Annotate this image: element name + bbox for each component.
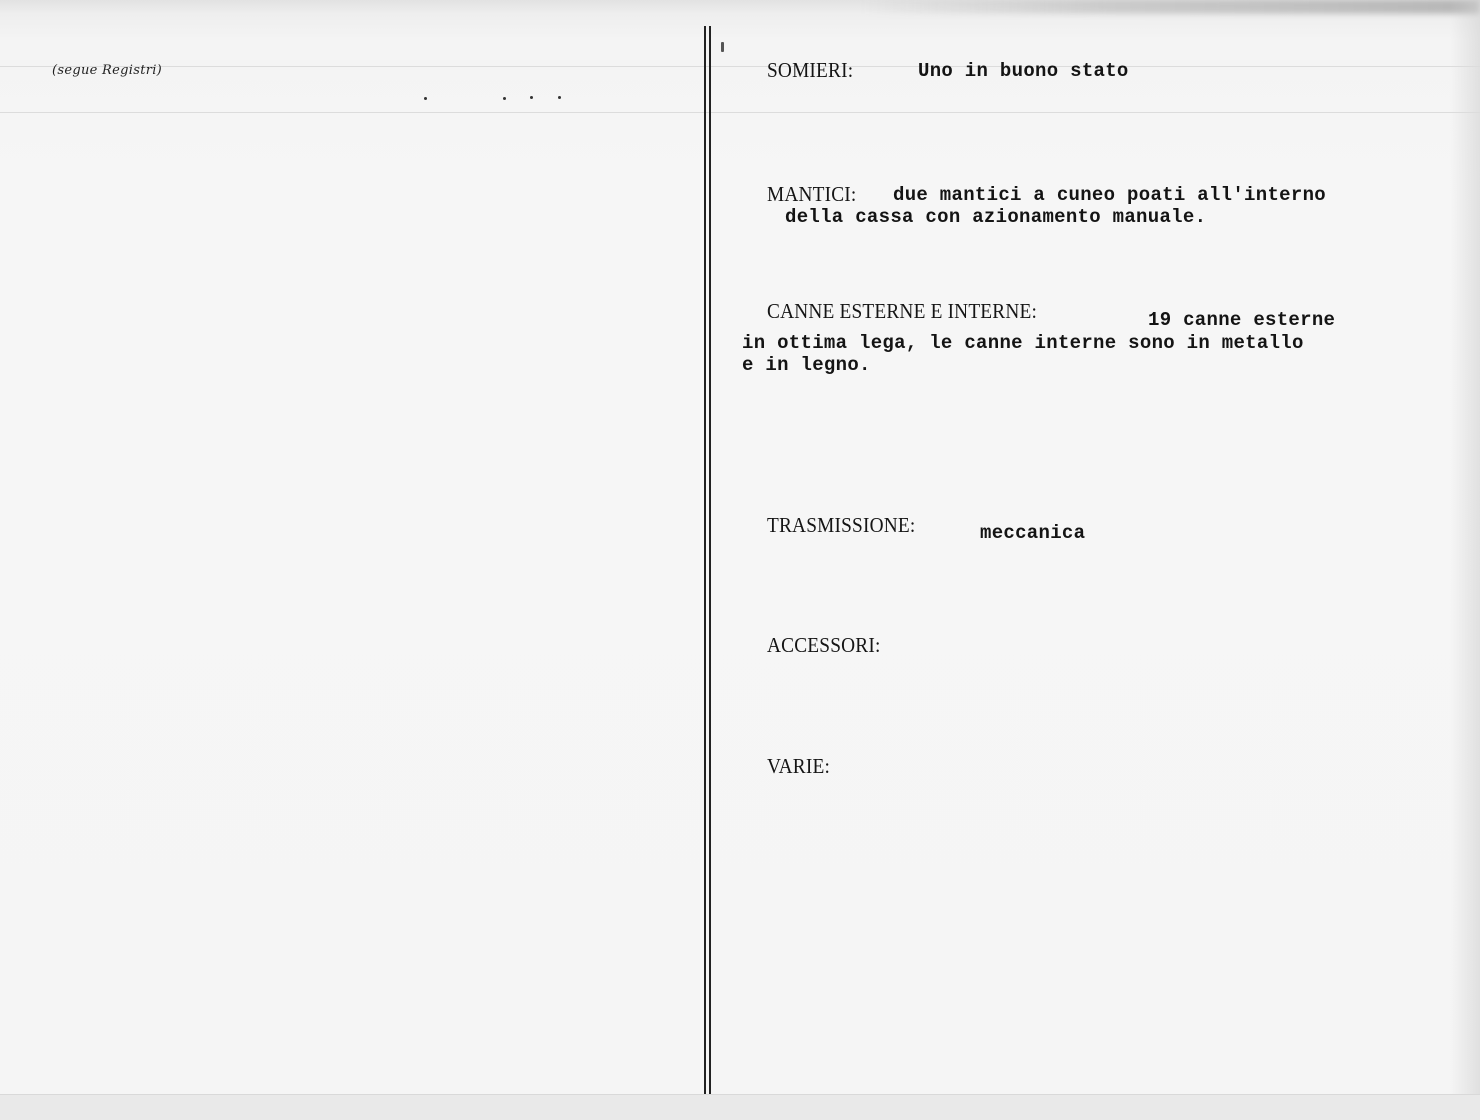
show-through-rule — [0, 112, 1480, 113]
scanned-document-spread: (segue Registri) SOMIERI: Uno in buono s… — [0, 0, 1480, 1094]
page-curl-shadow — [860, 0, 1480, 14]
mantici-text-line-2: della cassa con azionamento manuale. — [785, 206, 1206, 228]
canne-text-line-1: 19 canne esterne — [1148, 309, 1335, 331]
mantici-text-line-1: due mantici a cuneo poati all'interno — [893, 184, 1326, 206]
continuation-note: (segue Registri) — [52, 63, 162, 78]
show-through-rule — [0, 66, 1480, 67]
canne-text-line-2: in ottima lega, le canne interne sono in… — [742, 332, 1304, 354]
page-edge — [1450, 0, 1480, 1094]
somieri-text: Uno in buono stato — [918, 60, 1129, 82]
section-label-canne: CANNE ESTERNE E INTERNE: — [767, 299, 1037, 324]
scan-mark — [721, 42, 724, 52]
section-label-varie: VARIE: — [767, 754, 830, 779]
center-fold-rule — [704, 26, 706, 1094]
dot-mark — [530, 96, 533, 99]
section-label-trasmissione: TRASMISSIONE: — [767, 513, 915, 538]
section-label-somieri: SOMIERI: — [767, 58, 853, 83]
section-label-accessori: ACCESSORI: — [767, 633, 881, 658]
center-fold-rule — [709, 26, 711, 1094]
canne-text-line-3: e in legno. — [742, 354, 871, 376]
trasmissione-text: meccanica — [980, 522, 1085, 544]
section-label-mantici: MANTICI: — [767, 182, 856, 207]
dot-mark — [558, 96, 561, 99]
dot-mark — [503, 97, 506, 100]
scanner-bed-margin — [0, 1094, 1480, 1120]
dot-mark — [424, 97, 427, 100]
